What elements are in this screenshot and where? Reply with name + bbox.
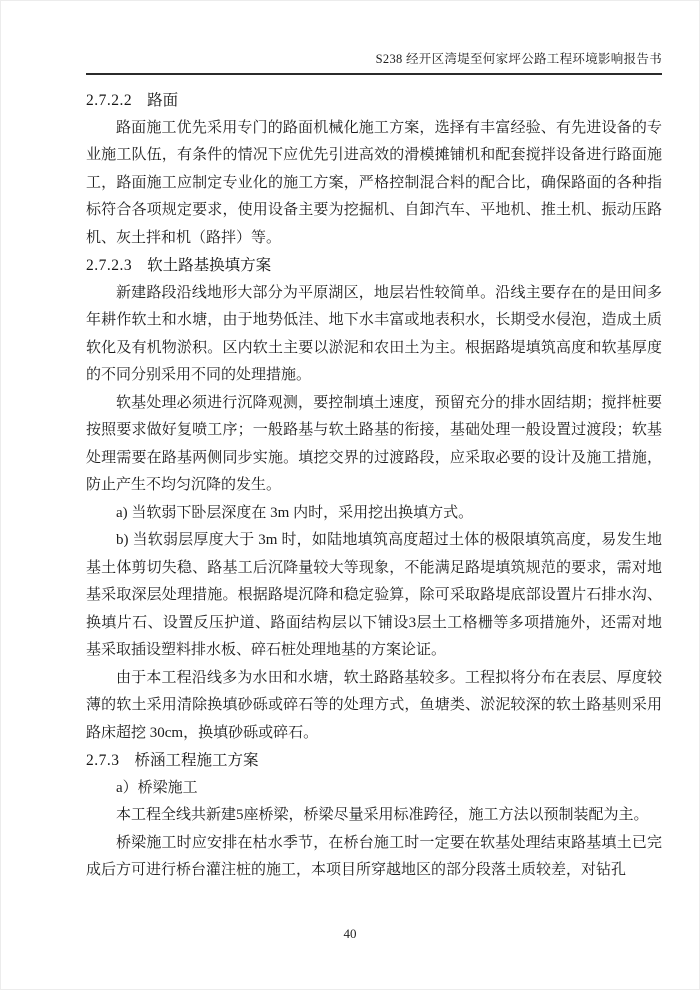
list-item-b: b) 当软弱层厚度大于 3m 时，如陆地填筑高度超过土体的极限填筑高度，易发生地…	[86, 527, 662, 665]
page-number: 40	[344, 926, 357, 941]
section-title: 软土路基换填方案	[147, 257, 271, 274]
page-content: S238 经开区湾堤至何家坪公路工程环境影响报告书 2.7.2.2路面 路面施工…	[86, 0, 662, 885]
section-number: 2.7.2.2	[86, 87, 132, 115]
body-paragraph: 由于本工程沿线多为水田和水塘，软土路路基较多。工程拟将分布在表层、厚度较薄的软土…	[86, 665, 662, 748]
body-paragraph: 本工程全线共新建5座桥梁，桥梁尽量采用标准跨径，施工方法以预制装配为主。	[86, 802, 662, 830]
list-item-a: a) 当软弱下卧层深度在 3m 内时，采用挖出换填方式。	[86, 500, 662, 528]
section-heading-soft-subgrade: 2.7.2.3软土路基换填方案	[86, 252, 662, 280]
document-page: S238 经开区湾堤至何家坪公路工程环境影响报告书 2.7.2.2路面 路面施工…	[0, 0, 700, 990]
header-rule	[86, 73, 662, 75]
section-heading-pavement: 2.7.2.2路面	[86, 87, 662, 115]
section-number: 2.7.3	[86, 747, 120, 775]
section-title: 路面	[147, 92, 178, 109]
running-header: S238 经开区湾堤至何家坪公路工程环境影响报告书	[86, 0, 662, 67]
section-title: 桥涵工程施工方案	[135, 752, 259, 769]
body-paragraph: 软基处理必须进行沉降观测，要控制填土速度，预留充分的排水固结期；搅拌桩要按照要求…	[86, 390, 662, 500]
body-paragraph: 路面施工优先采用专门的路面机械化施工方案，选择有丰富经验、有先进设备的专业施工队…	[86, 115, 662, 253]
body-text: 2.7.2.2路面 路面施工优先采用专门的路面机械化施工方案，选择有丰富经验、有…	[86, 87, 662, 885]
sub-item-bridge-construction: a）桥梁施工	[86, 775, 662, 803]
body-paragraph: 新建路段沿线地形大部分为平原湖区，地层岩性较简单。沿线主要存在的是田间多年耕作软…	[86, 280, 662, 390]
section-heading-bridge-culvert: 2.7.3桥涵工程施工方案	[86, 747, 662, 775]
report-title: S238 经开区湾堤至何家坪公路工程环境影响报告书	[376, 52, 662, 66]
body-paragraph: 桥梁施工时应安排在枯水季节，在桥台施工时一定要在软基处理结束路基填土已完成后方可…	[86, 830, 662, 885]
page-footer: 40	[0, 926, 700, 942]
section-number: 2.7.2.3	[86, 252, 132, 280]
